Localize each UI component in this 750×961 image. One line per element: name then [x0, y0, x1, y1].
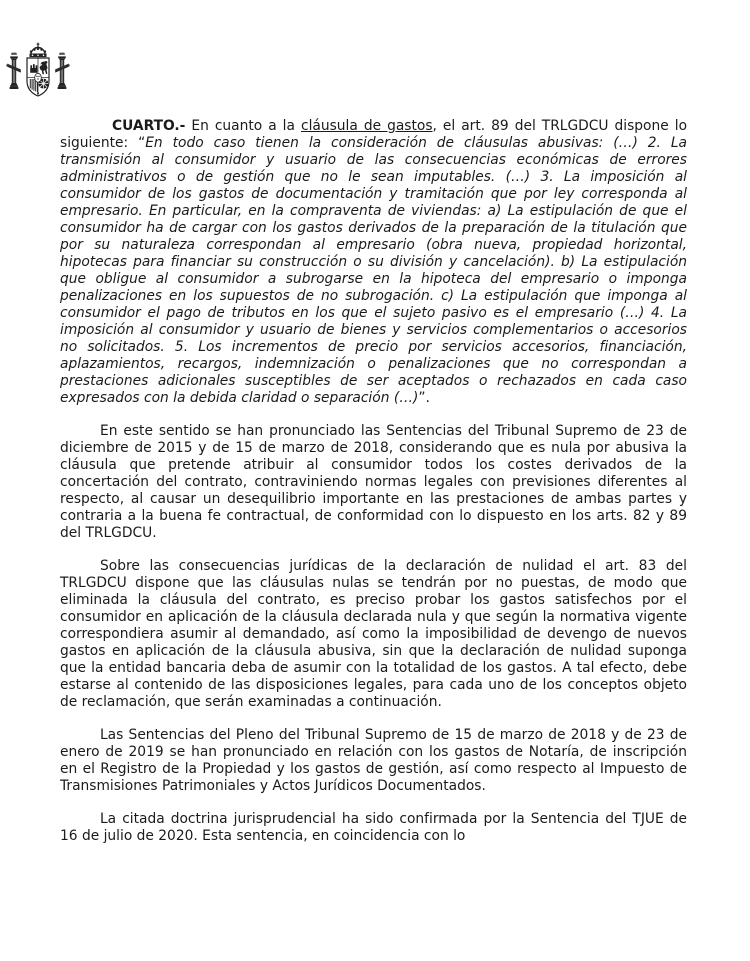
spain-coat-of-arms-icon — [6, 35, 70, 101]
paragraph-doctrina-tjue: La citada doctrina jurisprudencial ha si… — [60, 811, 687, 845]
castle-quarter — [30, 64, 37, 73]
paragraph-consecuencias-nulidad: Sobre las consecuencias jurídicas de la … — [60, 558, 687, 711]
granada-point — [37, 92, 39, 94]
paragraph-cuarto-gastos: CUARTO.- En cuanto a la cláusula de gast… — [60, 118, 687, 407]
quartered-shield — [27, 58, 49, 96]
left-pillar — [6, 52, 21, 89]
royal-crown — [30, 43, 47, 58]
bourbon-escutcheon — [35, 73, 42, 82]
paragraph-sentencias-pleno: Las Sentencias del Pleno del Tribunal Su… — [60, 727, 687, 795]
right-pillar — [55, 52, 70, 89]
judgment-text: CUARTO.- En cuanto a la cláusula de gast… — [60, 118, 687, 861]
paragraph-sentencias-tribunal-supremo: En este sentido se han pronunciado las S… — [60, 423, 687, 542]
section-heading-cuarto: CUARTO.- — [112, 118, 185, 134]
art-89-quote-text: En todo caso tienen la consideración de … — [60, 135, 687, 406]
p1-closing-text: ”. — [418, 390, 430, 406]
judgment-page: CUARTO.- En cuanto a la cláusula de gast… — [0, 0, 750, 961]
p1-intro-text: En cuanto a la — [185, 118, 301, 134]
underlined-clausula-de-gastos: cláusula de gastos — [301, 118, 433, 134]
